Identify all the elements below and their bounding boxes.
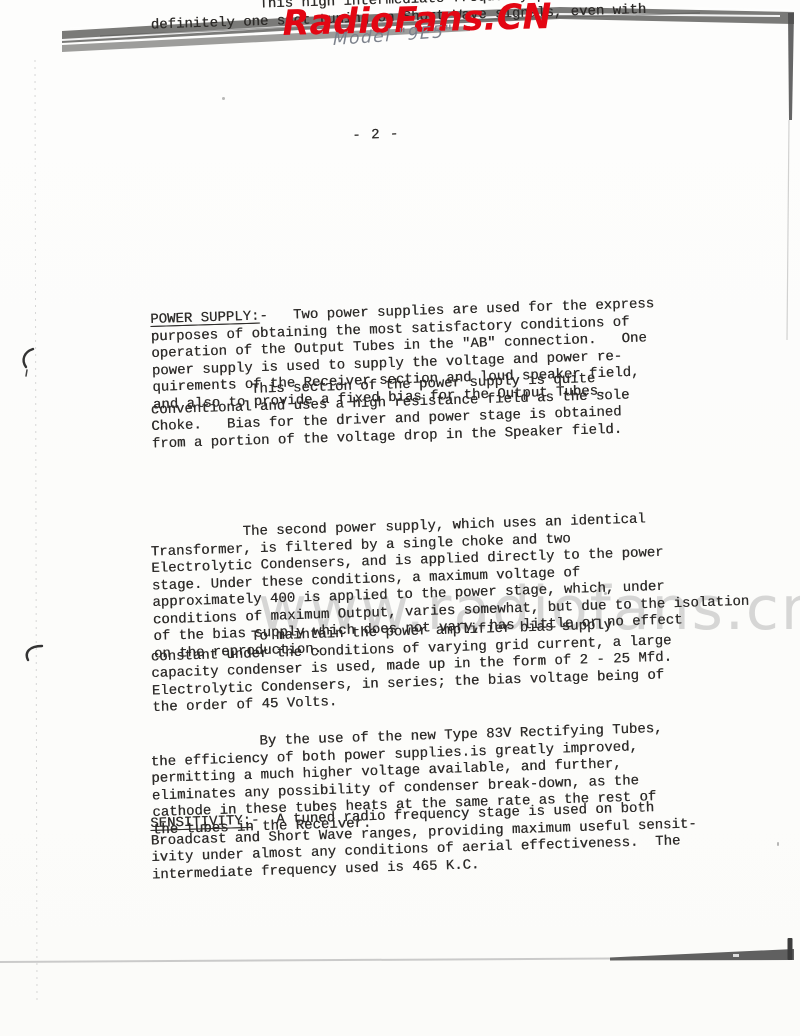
paragraph: To maintain the power amplifier bias sup… <box>150 616 673 717</box>
section-label: SENSITIVITY: <box>150 813 251 832</box>
scan-speck <box>777 842 779 846</box>
scan-speck <box>604 592 607 595</box>
scanned-document-page: www.radiofans.cn RadioFans.CN Model "9E5… <box>0 0 800 1036</box>
scan-speck <box>640 807 642 811</box>
section-label: POWER SUPPLY: <box>150 309 260 328</box>
document-body: - 2 - POWER SUPPLY:- Two power supplies … <box>0 0 800 1036</box>
page-number: - 2 - <box>352 127 399 144</box>
scan-speck <box>222 97 225 100</box>
paragraph: This section of the power supply is quit… <box>150 370 631 453</box>
